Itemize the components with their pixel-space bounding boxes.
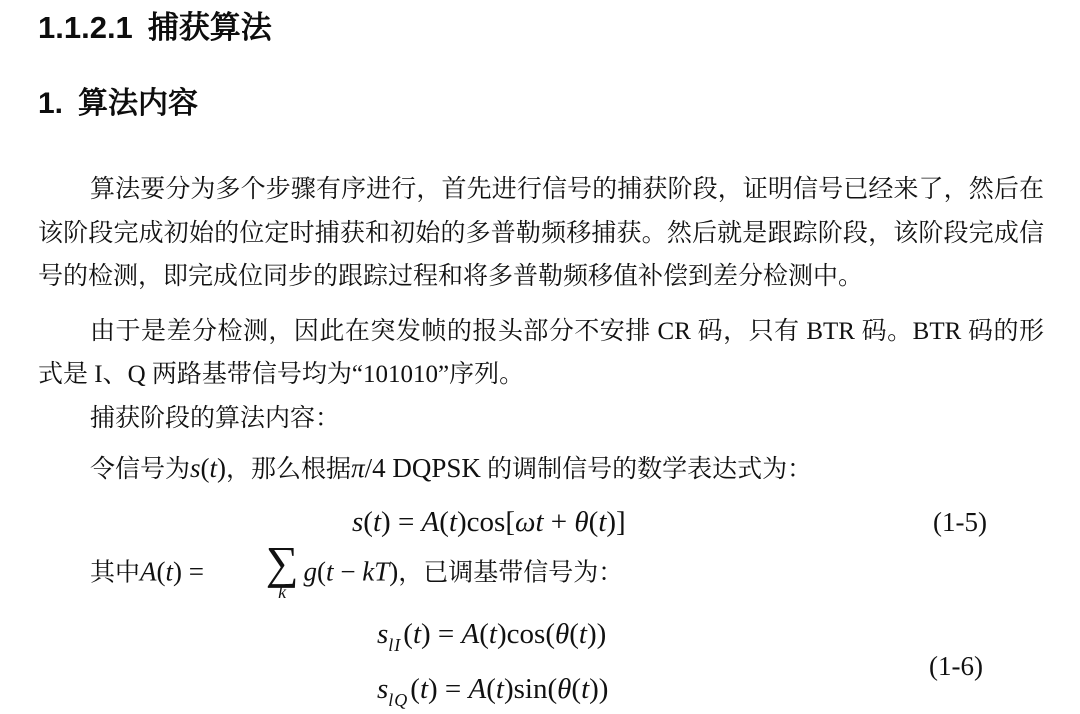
subsection-number: 1. [38,87,63,120]
subsection-title: 算法内容 [78,87,198,120]
equation-1-6-line-q: slQ(t) = A(t)sin(θ(t)) [377,667,608,714]
equation-1-6-line-i: slI(t) = A(t)cos(θ(t)) [377,612,608,667]
equation-1-5: s(t) = A(t)cos[ωt + θ(t)] (1-5) [38,501,1044,545]
summation-symbol: ∑k [214,542,299,601]
equation-1-6-number: (1-6) [929,651,983,682]
paragraph-signal-definition: 令信号为s(t)，那么根据π/4 DQPSK 的调制信号的数学表达式为： [38,447,1044,492]
paragraph-amplitude-sum: 其中A(t) = ∑kg(t − kT)，已调基带信号为： [38,545,1044,604]
paragraph-btr-code: 由于是差分检测，因此在突发帧的报头部分不安排 CR 码，只有 BTR 码。BTR… [38,310,1044,397]
text-line: 号的检测，即完成位同步的跟踪过程和将多普勒频移值补偿到差分检测中。 [38,255,1044,299]
section-heading: 1.1.2.1捕获算法 [38,10,1044,46]
equation-1-5-body: s(t) = A(t)cos[ωt + θ(t)] [352,506,626,539]
equation-1-6-body: slI(t) = A(t)cos(θ(t)) slQ(t) = A(t)sin(… [377,612,608,714]
equation-1-6: slI(t) = A(t)cos(θ(t)) slQ(t) = A(t)sin(… [38,612,1044,714]
text-line: 该阶段完成初始的位定时捕获和初始的多普勒频移捕获。然后就是跟踪阶段，该阶段完成信 [38,212,1044,256]
section-title: 捕获算法 [148,10,272,45]
section-number: 1.1.2.1 [38,10,133,45]
text-line: 算法要分为多个步骤有序进行，首先进行信号的捕获阶段，证明信号已经来了，然后在 [38,168,1044,212]
equation-1-5-number: (1-5) [933,507,987,538]
paragraph-algorithm-steps: 算法要分为多个步骤有序进行，首先进行信号的捕获阶段，证明信号已经来了，然后在 该… [38,168,1044,299]
document-page: 1.1.2.1捕获算法 1.算法内容 算法要分为多个步骤有序进行，首先进行信号的… [0,0,1080,714]
text-line: 由于是差分检测，因此在突发帧的报头部分不安排 CR 码，只有 BTR 码。BTR… [38,310,1044,354]
subsection-heading: 1.算法内容 [38,86,1044,122]
text-line: 式是 I、Q 两路基带信号均为“101010”序列。 [38,353,1044,397]
paragraph-acquisition-intro: 捕获阶段的算法内容： [38,397,1044,441]
